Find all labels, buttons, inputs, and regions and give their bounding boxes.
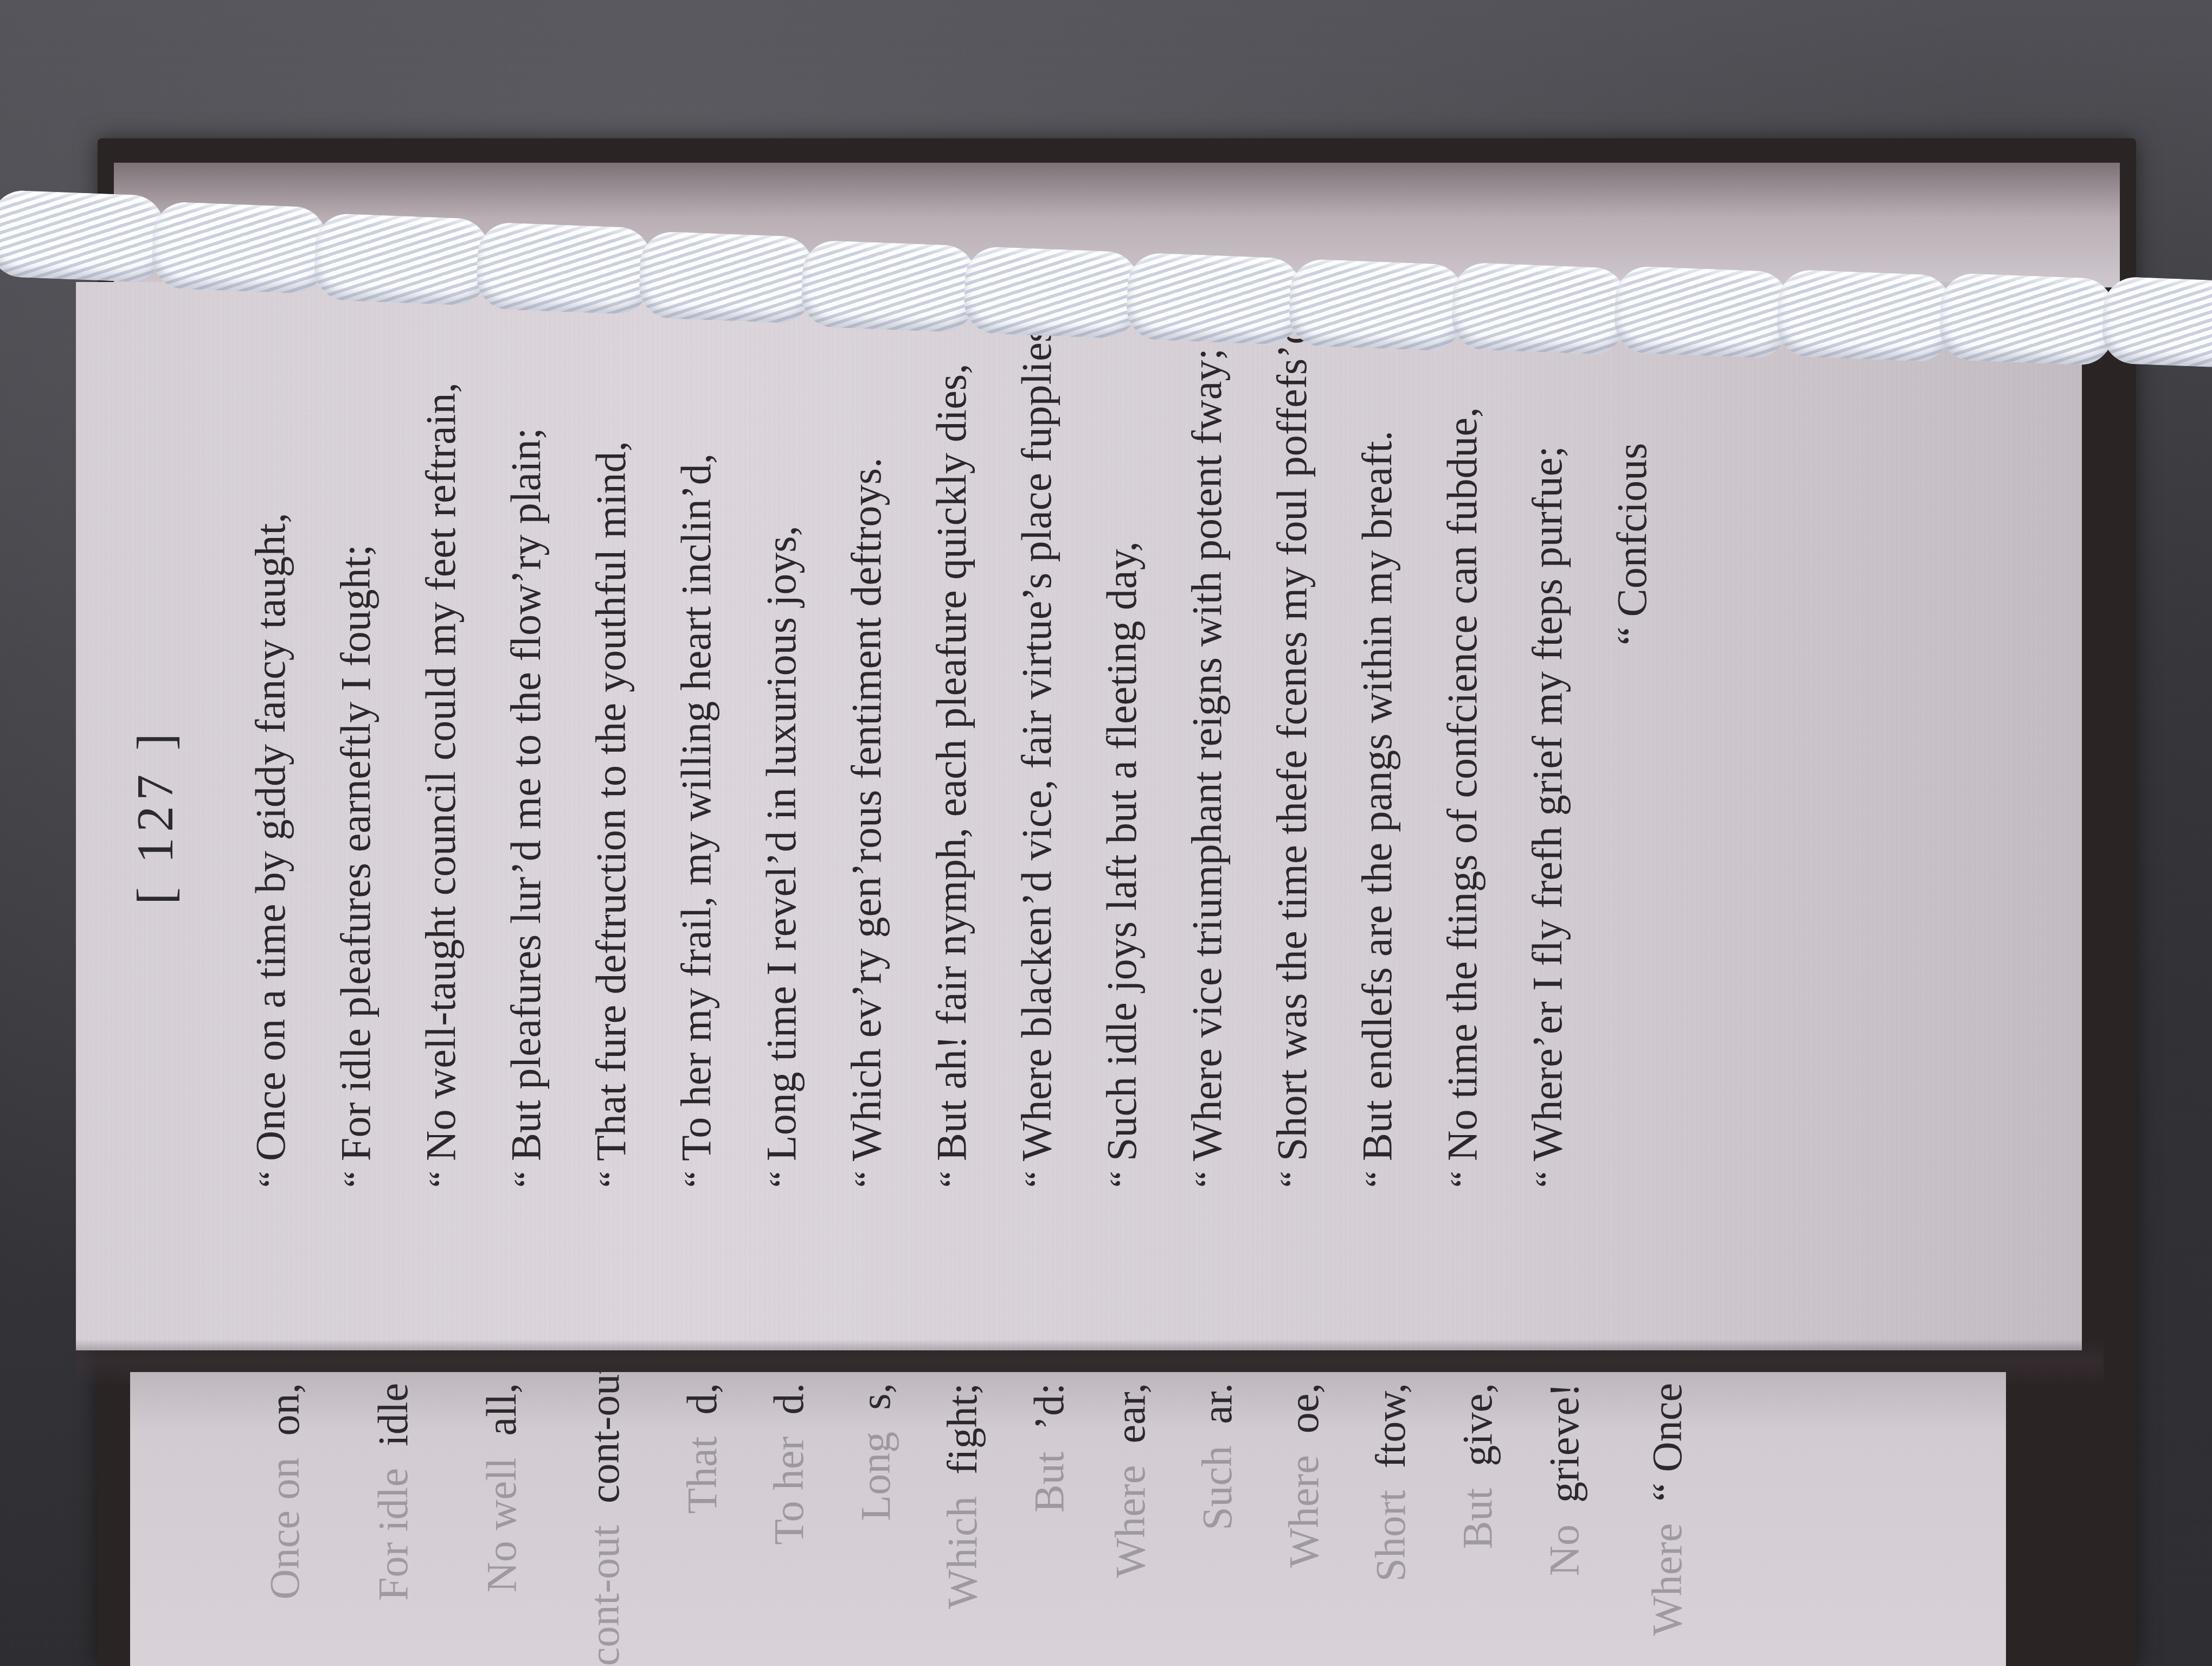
show-through-text: Which bbox=[938, 1496, 986, 1609]
quote-mark: “ bbox=[1103, 1171, 1144, 1188]
verse-text: Where blacken’d vice, fair virtue’s plac… bbox=[1013, 316, 1060, 1161]
left-line-ending: But’d: bbox=[1025, 1372, 1073, 1666]
verse-text: Such idle joys laft but a fleeting day, bbox=[1098, 541, 1145, 1161]
left-line-ending: Where“ Once bbox=[1643, 1372, 1692, 1666]
quote-mark: “ bbox=[337, 1171, 378, 1188]
quote-mark: “ bbox=[677, 1171, 719, 1188]
cord-segment bbox=[313, 213, 490, 306]
cord-segment bbox=[151, 201, 327, 294]
verse-line: “But endlefs are the pangs within my bre… bbox=[1334, 320, 1419, 1188]
right-page-text-frame: [ 127 ] “Once on a time by giddy fancy t… bbox=[76, 282, 2082, 1350]
verse-text: For idle pleafures earneftly I fought; bbox=[332, 544, 379, 1161]
show-through-text: Short bbox=[1367, 1490, 1414, 1581]
quote-mark: “ bbox=[507, 1171, 549, 1188]
quote-mark: “ bbox=[592, 1171, 634, 1188]
cord-segment bbox=[1451, 262, 1628, 355]
verse-text: No time the ftings of confcience can fub… bbox=[1438, 407, 1486, 1161]
verse-text: Which ev’ry gen’rous fentiment deftroys. bbox=[843, 458, 890, 1161]
left-line-ending: Nogrieve! bbox=[1540, 1372, 1589, 1666]
show-through-text: That bbox=[678, 1437, 725, 1514]
quote-mark: “ bbox=[1273, 1171, 1315, 1188]
left-line-ending: Thatd, bbox=[678, 1372, 726, 1666]
verse-line: “To her my frail, my willing heart incli… bbox=[653, 320, 738, 1188]
show-through-text: Where bbox=[1643, 1523, 1690, 1636]
show-through-text: But bbox=[1454, 1488, 1501, 1549]
show-through-text: But bbox=[1025, 1452, 1072, 1513]
show-through-text: Where bbox=[1280, 1455, 1327, 1568]
quote-mark: “ bbox=[847, 1171, 889, 1188]
verse-line: “Long time I revel’d in luxurious joys, bbox=[738, 320, 824, 1188]
verse-text: Long time I revel’d in luxurious joys, bbox=[757, 526, 805, 1161]
verse-text: Where’er I fly frefh grief my fteps purf… bbox=[1523, 446, 1571, 1161]
show-through-text: Such bbox=[1193, 1446, 1240, 1530]
left-line-ending: Butgive, bbox=[1453, 1372, 1502, 1666]
verse-block: “Once on a time by giddy fancy taught, “… bbox=[228, 320, 1590, 1188]
page-number: [ 127 ] bbox=[125, 282, 185, 1350]
quote-mark: “ bbox=[1608, 626, 1655, 645]
cord-segment bbox=[1126, 252, 1302, 345]
cord-segment bbox=[1939, 273, 2115, 366]
left-line-ending: Longs, bbox=[851, 1372, 900, 1666]
verse-line: “Where vice triumphant reigns with poten… bbox=[1164, 320, 1249, 1188]
verse-text: Where vice triumphant reigns with potent… bbox=[1183, 348, 1230, 1161]
catchword: “Confcious bbox=[1607, 443, 1656, 645]
catchword-text: Confcious bbox=[1608, 443, 1655, 617]
left-page-text-frame: Once onon, For idleidle No wellall, cont… bbox=[130, 1372, 2006, 1666]
show-through-text: To her bbox=[765, 1437, 812, 1545]
cord-segment bbox=[475, 222, 652, 315]
quote-mark: “ bbox=[1528, 1171, 1570, 1188]
cord-segment bbox=[1288, 258, 1465, 351]
cord-segment bbox=[963, 246, 1140, 339]
left-line-ending: cont-outcont-out;) bbox=[580, 1372, 629, 1666]
verse-text: But ah! fair nymph, each pleafure quickl… bbox=[928, 363, 975, 1161]
show-through-text: No well bbox=[478, 1457, 525, 1592]
verse-text: Once on a time by giddy fancy taught, bbox=[247, 512, 294, 1161]
left-line-ending: Shortftow, bbox=[1366, 1372, 1415, 1666]
quote-mark: “ bbox=[933, 1171, 974, 1188]
cord-segment bbox=[638, 230, 815, 324]
verse-line: “Once on a time by giddy fancy taught, bbox=[228, 320, 313, 1188]
left-line-ending: Suchar. bbox=[1193, 1372, 1242, 1666]
show-through-text: For idle bbox=[369, 1468, 416, 1601]
left-line-ending: For idleidle bbox=[369, 1372, 417, 1666]
quote-mark: “ bbox=[762, 1171, 804, 1188]
verse-line: “Where’er I fly frefh grief my fteps pur… bbox=[1504, 320, 1590, 1188]
verse-text: To her my frail, my willing heart inclin… bbox=[672, 453, 719, 1161]
quote-mark: “ bbox=[1188, 1171, 1230, 1188]
verse-line: “But ah! fair nymph, each pleafure quick… bbox=[909, 320, 994, 1188]
show-through-text: cont-out bbox=[581, 1525, 628, 1666]
left-page: Once onon, For idleidle No wellall, cont… bbox=[130, 1372, 2006, 1666]
quote-mark: “ bbox=[1358, 1171, 1400, 1188]
cord-segment bbox=[0, 189, 165, 283]
verse-text: Short was the time thefe fcenes my foul … bbox=[1268, 312, 1315, 1161]
verse-line: “No time the ftings of confcience can fu… bbox=[1419, 320, 1504, 1188]
verse-line: “Which ev’ry gen’rous fentiment deftroys… bbox=[824, 320, 909, 1188]
verse-line: “That fure deftruction to the youthful m… bbox=[568, 320, 653, 1188]
verse-line: “But pleafures lur’d me to the flow’ry p… bbox=[483, 320, 568, 1188]
verse-line: “No well-taught council could my feet re… bbox=[398, 320, 483, 1188]
cord-segment bbox=[2101, 276, 2212, 369]
show-through-text: No bbox=[1540, 1524, 1587, 1576]
verse-line: “Short was the time thefe fcenes my foul… bbox=[1249, 320, 1334, 1188]
verse-text: That fure deftruction to the youthful mi… bbox=[587, 441, 634, 1161]
verse-text: No well-taught council could my feet ref… bbox=[417, 382, 464, 1161]
verse-line: “Where blacken’d vice, fair virtue’s pla… bbox=[994, 320, 1079, 1188]
left-line-ending: Whereoe, bbox=[1279, 1372, 1328, 1666]
left-line-ending: To herd. bbox=[764, 1372, 813, 1666]
quote-mark: “ bbox=[252, 1171, 293, 1188]
quote-mark: “ bbox=[422, 1171, 464, 1188]
show-through-text: Long bbox=[852, 1432, 899, 1521]
verse-line: “Such idle joys laft but a fleeting day, bbox=[1079, 320, 1164, 1188]
quote-mark: “ bbox=[1018, 1171, 1059, 1188]
verse-text: But endlefs are the pangs within my brea… bbox=[1353, 431, 1400, 1161]
show-through-text: Where bbox=[1107, 1465, 1154, 1578]
show-through-text: Once on bbox=[261, 1458, 308, 1600]
right-page: [ 127 ] “Once on a time by giddy fancy t… bbox=[76, 282, 2082, 1350]
left-line-ending: Whereear, bbox=[1106, 1372, 1155, 1666]
verse-line: “For idle pleafures earneftly I fought; bbox=[313, 320, 398, 1188]
cord-segment bbox=[800, 240, 977, 333]
left-line-ending: Whichfight; bbox=[938, 1372, 987, 1666]
left-line-ending: No wellall, bbox=[477, 1372, 526, 1666]
cord-segment bbox=[1613, 265, 1790, 358]
cord-segment bbox=[1776, 269, 1953, 362]
quote-mark: “ bbox=[1443, 1171, 1485, 1188]
verse-text: But pleafures lur’d me to the flow’ry pl… bbox=[502, 428, 549, 1161]
left-line-ending: Once onon, bbox=[260, 1372, 309, 1666]
